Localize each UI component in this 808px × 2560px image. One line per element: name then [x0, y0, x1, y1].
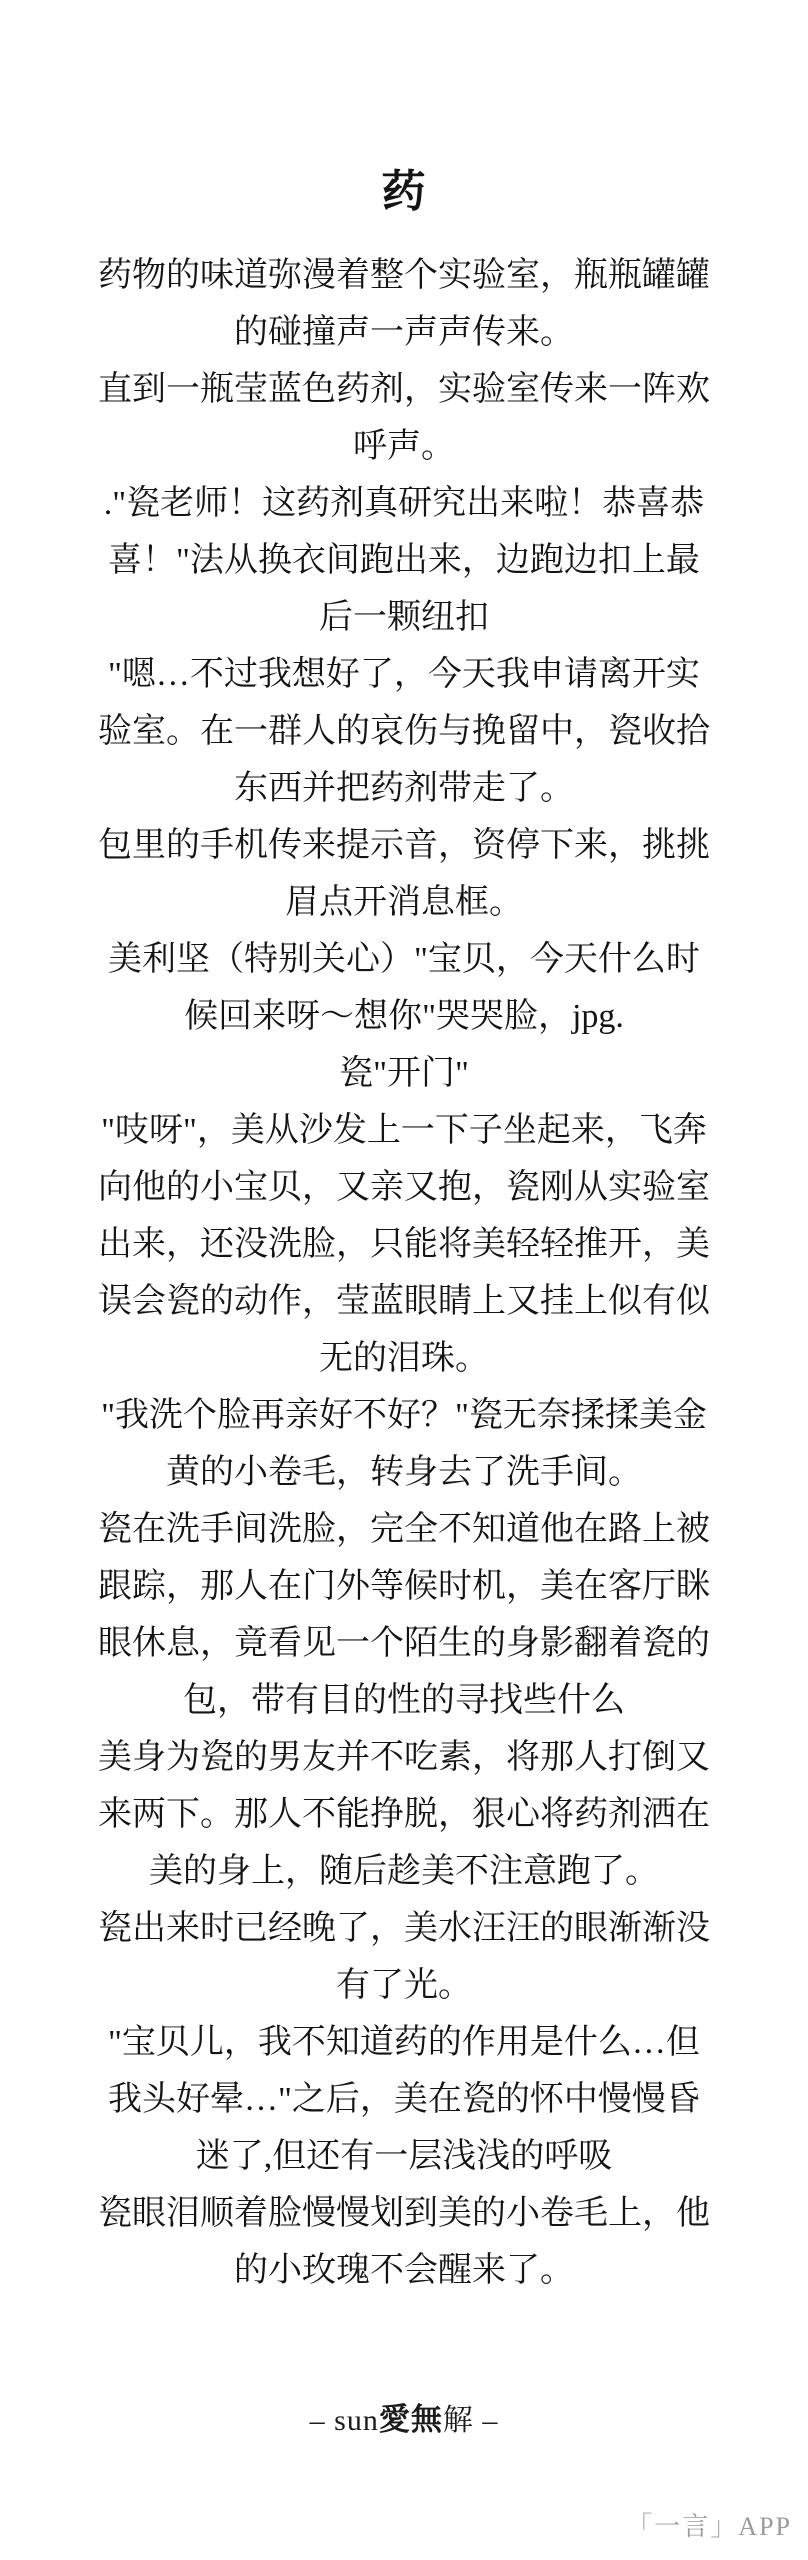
story-line: 后一颗纽扣: [0, 589, 808, 646]
story-line: 的小玫瑰不会醒来了。: [0, 2242, 808, 2299]
story-line: 无的泪珠。: [0, 1330, 808, 1387]
story-line: 来两下。那人不能挣脱，狠心将药剂洒在: [0, 1786, 808, 1843]
signature-prefix: – sun: [310, 2404, 379, 2437]
story-line: 眉点开消息框。: [0, 874, 808, 931]
story-line: 向他的小宝贝，又亲又抱，瓷刚从实验室: [0, 1159, 808, 1216]
story-line: 跟踪，那人在门外等候时机，美在客厅眯: [0, 1558, 808, 1615]
story-line: 黄的小卷毛，转身去了洗手间。: [0, 1444, 808, 1501]
story-line: 有了光。: [0, 1957, 808, 2014]
signature-suffix: 解 –: [443, 2404, 499, 2437]
story-line: 的碰撞声一声声传来。: [0, 304, 808, 361]
story-line: 瓷出来时已经晚了，美水汪汪的眼渐渐没: [0, 1900, 808, 1957]
story-line: 美利坚（特别关心）"宝贝，今天什么时: [0, 931, 808, 988]
story-line: 东西并把药剂带走了。: [0, 760, 808, 817]
story-line: 瓷在洗手间洗脸，完全不知道他在路上被: [0, 1501, 808, 1558]
story-line: 瓷"开门": [0, 1045, 808, 1102]
story-page: 药 药物的味道弥漫着整个实验室，瓶瓶罐罐的碰撞声一声声传来。直到一瓶莹蓝色药剂，…: [0, 0, 808, 2560]
story-line: 我头好晕…"之后，美在瓷的怀中慢慢昏: [0, 2071, 808, 2128]
story-line: 候回来呀～想你"哭哭脸，jpg.: [0, 988, 808, 1045]
story-line: 眼休息，竟看见一个陌生的身影翻着瓷的: [0, 1615, 808, 1672]
story-line: 出来，还没洗脸，只能将美轻轻推开，美: [0, 1216, 808, 1273]
story-line: 直到一瓶莹蓝色药剂，实验室传来一阵欢: [0, 361, 808, 418]
story-line: 美身为瓷的男友并不吃素，将那人打倒又: [0, 1729, 808, 1786]
story-line: 迷了,但还有一层浅浅的呼吸: [0, 2128, 808, 2185]
story-line: 呼声。: [0, 418, 808, 475]
story-line: 瓷眼泪顺着脸慢慢划到美的小卷毛上，他: [0, 2185, 808, 2242]
story-line: "嗯…不过我想好了，今天我申请离开实: [0, 646, 808, 703]
story-line: 误会瓷的动作，莹蓝眼睛上又挂上似有似: [0, 1273, 808, 1330]
story-line: 喜！"法从换衣间跑出来，边跑边扣上最: [0, 532, 808, 589]
story-body: 药物的味道弥漫着整个实验室，瓶瓶罐罐的碰撞声一声声传来。直到一瓶莹蓝色药剂，实验…: [0, 247, 808, 2299]
app-watermark: 「一言」APP: [626, 2506, 792, 2543]
author-signature: – sun愛無解 –: [0, 2394, 808, 2439]
story-line: "我洗个脸再亲好不好？"瓷无奈揉揉美金: [0, 1387, 808, 1444]
story-line: ."瓷老师！这药剂真研究出来啦！恭喜恭: [0, 475, 808, 532]
story-line: 包里的手机传来提示音，资停下来，挑挑: [0, 817, 808, 874]
story-line: "吱呀"，美从沙发上一下子坐起来，飞奔: [0, 1102, 808, 1159]
page-title: 药: [0, 155, 808, 219]
story-line: "宝贝儿，我不知道药的作用是什么…但: [0, 2014, 808, 2071]
signature-emphasis: 愛無: [379, 2402, 443, 2437]
story-line: 美的身上，随后趁美不注意跑了。: [0, 1843, 808, 1900]
story-line: 验室。在一群人的哀伤与挽留中，瓷收拾: [0, 703, 808, 760]
story-line: 包，带有目的性的寻找些什么: [0, 1672, 808, 1729]
story-line: 药物的味道弥漫着整个实验室，瓶瓶罐罐: [0, 247, 808, 304]
